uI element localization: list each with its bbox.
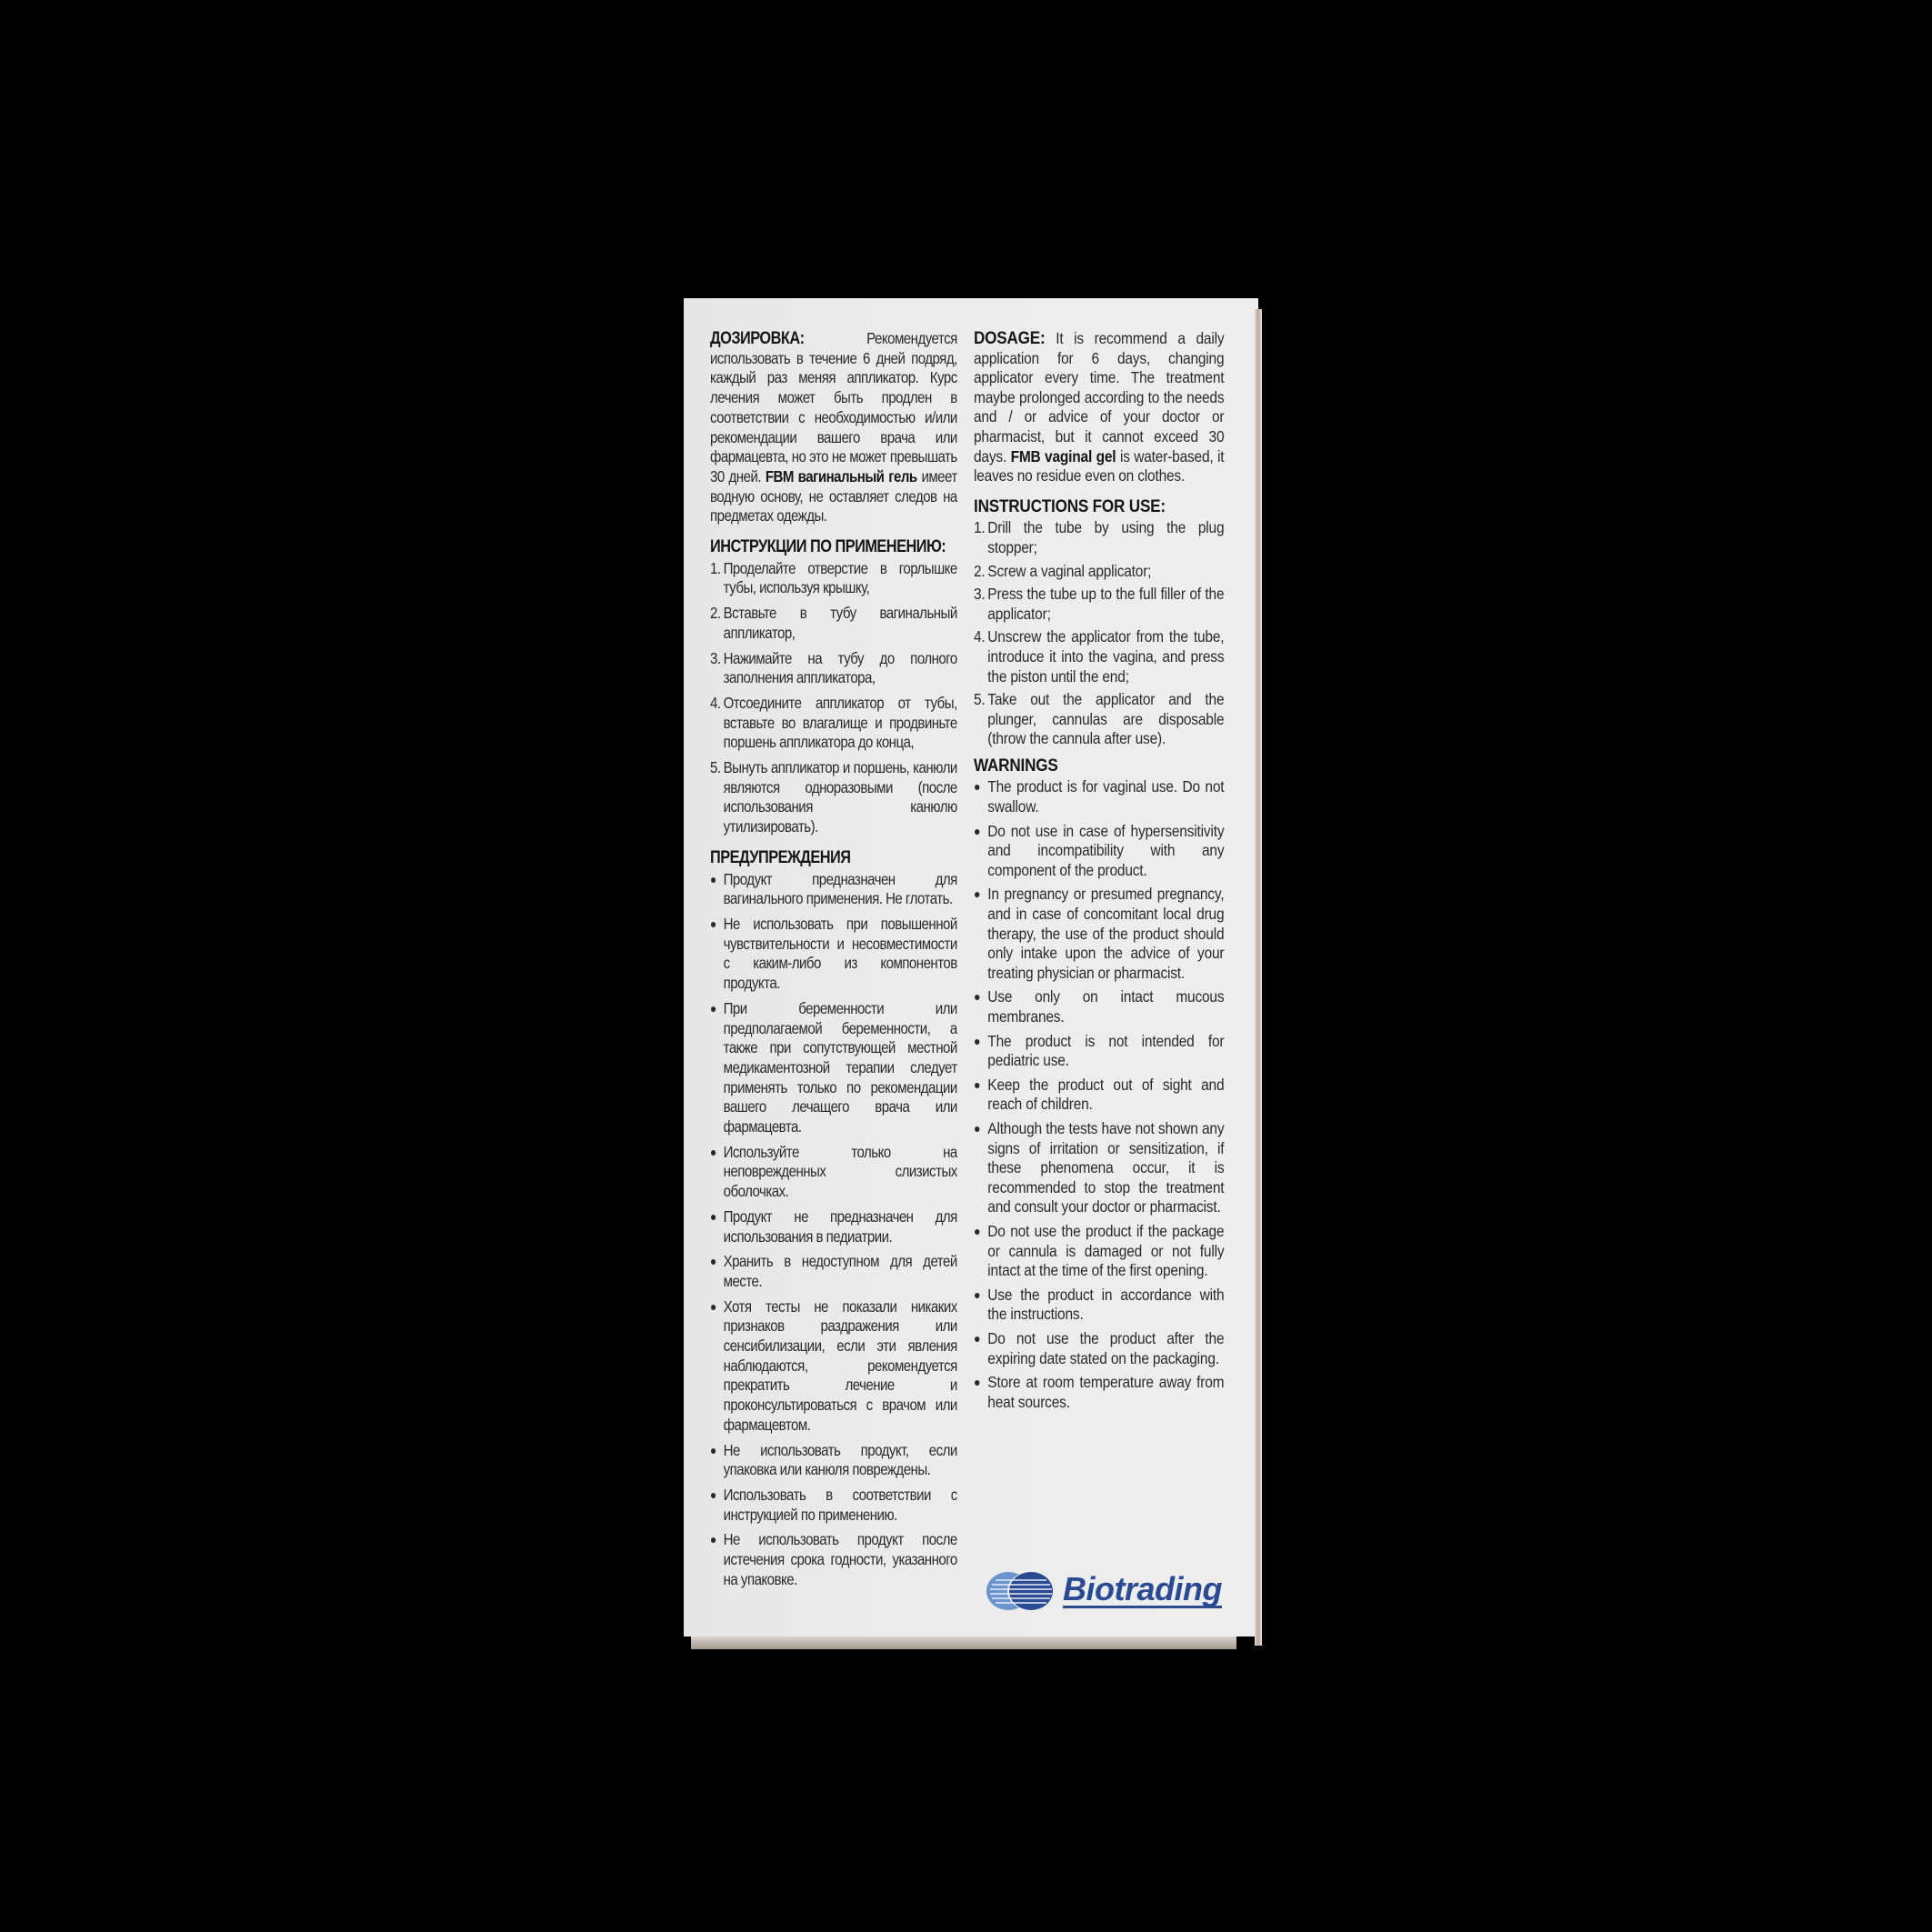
warning-item: ●Use only on intact mucous membranes. xyxy=(974,987,1224,1026)
instruction-step: 2.Вставьте в тубу вагинальный аппликатор… xyxy=(710,604,957,643)
warning-text: Do not use the product after the expirin… xyxy=(987,1329,1224,1368)
en-warnings-title: WARNINGS xyxy=(974,756,1224,776)
warning-item: ●Do not use in case of hypersensitivity … xyxy=(974,822,1224,881)
step-number: 5. xyxy=(974,690,987,749)
step-number: 3. xyxy=(974,585,987,624)
bullet-icon: ● xyxy=(974,1032,987,1071)
warning-item: ●Use the product in accordance with the … xyxy=(974,1286,1224,1325)
bullet-icon: ● xyxy=(710,1530,724,1589)
ru-warnings-title: ПРЕДУПРЕЖДЕНИЯ xyxy=(710,848,957,868)
step-text: Unscrew the applicator from the tube, in… xyxy=(987,627,1224,686)
en-instructions-title: INSTRUCTIONS FOR USE: xyxy=(974,497,1224,517)
warning-text: In pregnancy or presumed pregnancy, and … xyxy=(987,885,1224,983)
bullet-icon: ● xyxy=(974,1329,987,1368)
warning-text: The product is not intended for pediatri… xyxy=(987,1032,1224,1071)
bullet-icon: ● xyxy=(974,822,987,881)
warning-item: ●Хранить в недоступном для детей месте. xyxy=(710,1252,957,1291)
warning-item: ●Do not use the product after the expiri… xyxy=(974,1329,1224,1368)
bullet-icon: ● xyxy=(974,1286,987,1325)
warning-text: Не использовать продукт после истечения … xyxy=(724,1530,957,1589)
warning-item: ●Использовать в соответствии с инструкци… xyxy=(710,1486,957,1525)
warning-text: The product is for vaginal use. Do not s… xyxy=(987,777,1224,816)
instruction-step: 5.Вынуть аппликатор и поршень, канюли яв… xyxy=(710,758,957,837)
warning-item: ●Продукт не предназначен для использован… xyxy=(710,1207,957,1246)
warning-text: При беременности или предполагаемой бере… xyxy=(724,999,957,1137)
ru-dosage-text: Рекомендуется использовать в течение 6 д… xyxy=(710,329,957,486)
en-product-name: FMB vaginal gel xyxy=(1011,447,1116,465)
warning-item: ●The product is for vaginal use. Do not … xyxy=(974,777,1224,816)
bullet-icon: ● xyxy=(710,915,724,994)
warning-item: ●Keep the product out of sight and reach… xyxy=(974,1076,1224,1115)
warning-item: ●Хотя тесты не показали никаких признако… xyxy=(710,1297,957,1436)
warning-item: ●The product is not intended for pediatr… xyxy=(974,1032,1224,1071)
step-text: Проделайте отверстие в горлышке тубы, ис… xyxy=(724,559,957,598)
step-number: 5. xyxy=(710,758,724,837)
ru-dosage-title: ДОЗИРОВКА: xyxy=(710,329,805,348)
instruction-step: 2.Screw a vaginal applicator; xyxy=(974,562,1224,582)
step-number: 3. xyxy=(710,649,724,688)
bullet-icon: ● xyxy=(974,1119,987,1217)
bullet-icon: ● xyxy=(974,1076,987,1115)
warning-text: Do not use in case of hypersensitivity a… xyxy=(987,822,1224,881)
step-number: 2. xyxy=(710,604,724,643)
warning-item: ●Although the tests have not shown any s… xyxy=(974,1119,1224,1217)
step-number: 1. xyxy=(974,518,987,557)
bullet-icon: ● xyxy=(710,1207,724,1246)
step-text: Отсоедините аппликатор от тубы, вставьте… xyxy=(724,694,957,753)
step-text: Press the tube up to the full filler of … xyxy=(987,585,1224,624)
instruction-step: 4.Отсоедините аппликатор от тубы, вставь… xyxy=(710,694,957,753)
ru-instructions-list: 1.Проделайте отверстие в горлышке тубы, … xyxy=(710,559,957,837)
russian-column: ДОЗИРОВКА: Рекомендуется использовать в … xyxy=(710,329,957,1595)
bullet-icon: ● xyxy=(974,987,987,1026)
ru-product-name: FBM вагинальный гель xyxy=(766,467,917,486)
step-text: Вынуть аппликатор и поршень, канюли явля… xyxy=(724,758,957,837)
ru-dosage-paragraph: ДОЗИРОВКА: Рекомендуется использовать в … xyxy=(710,329,957,526)
warning-text: Используйте только на неповрежденных сли… xyxy=(724,1143,957,1202)
bullet-icon: ● xyxy=(710,1143,724,1202)
logo-wordmark: Biotrading xyxy=(1063,1574,1222,1608)
step-text: Нажимайте на тубу до полного заполнения … xyxy=(724,649,957,688)
warning-item: ●Do not use the product if the package o… xyxy=(974,1222,1224,1281)
warning-text: Не использовать при повышенной чувствите… xyxy=(724,915,957,994)
bullet-icon: ● xyxy=(710,1252,724,1291)
warning-text: Store at room temperature away from heat… xyxy=(987,1373,1224,1412)
warning-text: Although the tests have not shown any si… xyxy=(987,1119,1224,1217)
warning-text: Хранить в недоступном для детей месте. xyxy=(724,1252,957,1291)
step-text: Take out the applicator and the plunger,… xyxy=(987,690,1224,749)
warning-item: ●При беременности или предполагаемой бер… xyxy=(710,999,957,1137)
english-column: DOSAGE: It is recommend a daily applicat… xyxy=(974,329,1224,1416)
instruction-step: 3.Нажимайте на тубу до полного заполнени… xyxy=(710,649,957,688)
ru-instructions-title: ИНСТРУКЦИИ ПО ПРИМЕНЕНИЮ: xyxy=(710,537,957,557)
step-text: Вставьте в тубу вагинальный аппликатор, xyxy=(724,604,957,643)
warning-text: Продукт не предназначен для использовани… xyxy=(724,1207,957,1246)
bullet-icon: ● xyxy=(710,1441,724,1480)
bullet-icon: ● xyxy=(710,999,724,1137)
en-instructions-list: 1.Drill the tube by using the plug stopp… xyxy=(974,518,1224,749)
globe-logo-icon xyxy=(986,1571,1054,1611)
warning-text: Use the product in accordance with the i… xyxy=(987,1286,1224,1325)
warning-text: Do not use the product if the package or… xyxy=(987,1222,1224,1281)
warning-text: Использовать в соответствии с инструкцие… xyxy=(724,1486,957,1525)
en-dosage-title: DOSAGE: xyxy=(974,329,1046,348)
warning-item: ●Не использовать при повышенной чувствит… xyxy=(710,915,957,994)
warning-text: Keep the product out of sight and reach … xyxy=(987,1076,1224,1115)
ru-warnings-list: ●Продукт предназначен для вагинального п… xyxy=(710,870,957,1590)
warning-item: ●Продукт предназначен для вагинального п… xyxy=(710,870,957,909)
instruction-step: 5.Take out the applicator and the plunge… xyxy=(974,690,1224,749)
warning-text: Не использовать продукт, если упаковка и… xyxy=(724,1441,957,1480)
bullet-icon: ● xyxy=(710,1486,724,1525)
instruction-step: 1.Drill the tube by using the plug stopp… xyxy=(974,518,1224,557)
warning-text: Use only on intact mucous membranes. xyxy=(987,987,1224,1026)
warning-text: Хотя тесты не показали никаких признаков… xyxy=(724,1297,957,1436)
bullet-icon: ● xyxy=(974,777,987,816)
warning-item: ●Используйте только на неповрежденных сл… xyxy=(710,1143,957,1202)
en-dosage-paragraph: DOSAGE: It is recommend a daily applicat… xyxy=(974,329,1224,486)
bullet-icon: ● xyxy=(710,870,724,909)
instruction-step: 1.Проделайте отверстие в горлышке тубы, … xyxy=(710,559,957,598)
biotrading-logo: Biotrading xyxy=(986,1571,1222,1611)
box-side-edge xyxy=(1255,309,1262,1646)
step-number: 4. xyxy=(974,627,987,686)
en-warnings-list: ●The product is for vaginal use. Do not … xyxy=(974,777,1224,1412)
warning-text: Продукт предназначен для вагинального пр… xyxy=(724,870,957,909)
warning-item: ●Store at room temperature away from hea… xyxy=(974,1373,1224,1412)
bullet-icon: ● xyxy=(974,885,987,983)
box-bottom-edge xyxy=(691,1637,1236,1649)
step-number: 2. xyxy=(974,562,987,582)
bullet-icon: ● xyxy=(974,1222,987,1281)
step-number: 4. xyxy=(710,694,724,753)
step-text: Screw a vaginal applicator; xyxy=(987,562,1224,582)
step-number: 1. xyxy=(710,559,724,598)
bullet-icon: ● xyxy=(710,1297,724,1436)
warning-item: ●Не использовать продукт, если упаковка … xyxy=(710,1441,957,1480)
instruction-step: 4.Unscrew the applicator from the tube, … xyxy=(974,627,1224,686)
en-dosage-text: It is recommend a daily application for … xyxy=(974,329,1224,465)
warning-item: ●Не использовать продукт после истечения… xyxy=(710,1530,957,1589)
bullet-icon: ● xyxy=(974,1373,987,1412)
step-text: Drill the tube by using the plug stopper… xyxy=(987,518,1224,557)
warning-item: ●In pregnancy or presumed pregnancy, and… xyxy=(974,885,1224,983)
instruction-step: 3.Press the tube up to the full filler o… xyxy=(974,585,1224,624)
